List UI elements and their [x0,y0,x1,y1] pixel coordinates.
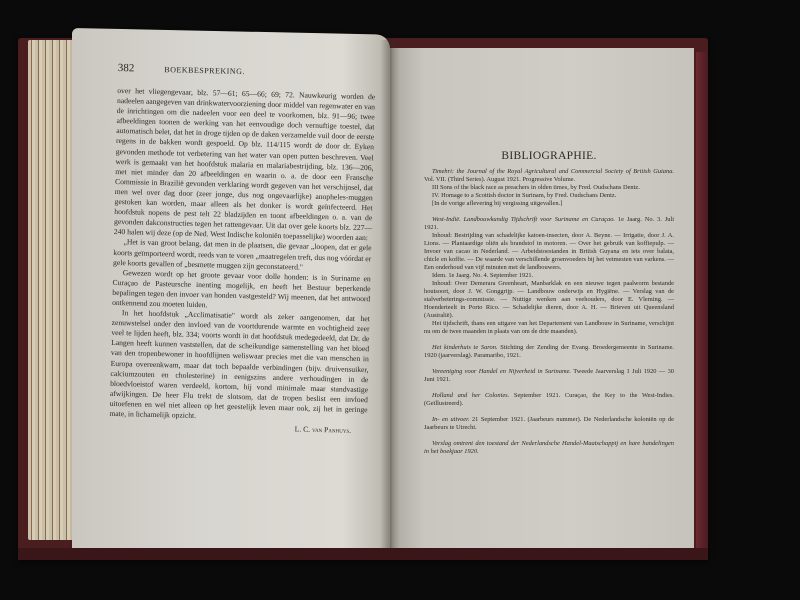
bibliography-heading: BIBLIOGRAPHIE. [424,150,674,162]
entry-title: In- en uitvoer. [432,416,469,423]
bibliography-entry: Timehri: the Journal of the Royal Agricu… [424,168,674,208]
entry-text: III Sons of the black race as preachers … [424,184,674,192]
bibliography-entry: Vereeniging voor Handel en Nijverheid in… [424,368,674,384]
entry-title: Vereeniging voor Handel en Nijverheid in… [432,368,571,375]
bibliography-entry: Verslag omtrent den toestand der Nederla… [424,440,674,456]
bibliography-entry: Het kinderhuis te Saron. Stichting der Z… [424,344,674,360]
page-stack-edge [28,40,78,540]
entry-title: West-Indië. Landbouwkundig Tijdschrift v… [432,216,615,223]
entry-title: Holland and her Colonies. [432,392,509,399]
bibliography-entry: Holland and her Colonies. September 1921… [424,392,674,408]
entry-text: [In de vorige aflevering bij vergissing … [424,200,674,208]
entry-title: Verslag omtrent den toestand der Nederla… [424,440,674,455]
entry-text: Het tijdschrift, thans een uitgave van h… [424,320,674,336]
paragraph: In het hoofdstuk „Acclimatisatie" wordt … [109,308,370,425]
right-page-text: BIBLIOGRAPHIE. Timehri: the Journal of t… [424,150,674,464]
entry-text: Vol. VII. (Third Series). August 1921. P… [424,176,575,183]
running-head-title: BOEKBESPREKING. [164,63,245,77]
left-page-text: 382 BOEKBESPREKING. over het vliegengeva… [109,62,376,435]
entry-text: Inhoud: Bestrijding van schadelijke kato… [424,232,674,272]
book-bottom-edge [18,548,708,560]
entry-title: Het kinderhuis te Saron. [432,344,498,351]
entry-text: IV. Homage to a Scottish doctor in Surin… [424,192,674,200]
bibliography-entry: West-Indië. Landbouwkundig Tijdschrift v… [424,216,674,336]
page-number: 382 [118,62,135,74]
bibliography-entry: In- en uitvoer. 21 September 1921. (Jaar… [424,416,674,432]
paragraph: over het vliegengevaar, blz. 57—61; 65—6… [114,86,376,244]
entry-text: Idem. 1e Jaarg. No. 4. September 1921. [424,272,674,280]
paragraph: Gewezen wordt op het groote gevaar voor … [112,268,371,315]
book-gutter [380,40,400,560]
book-cover-right-edge [696,52,708,557]
entry-title: Timehri: the Journal of the Royal Agricu… [432,168,674,175]
entry-text: Inhoud: Over Demerara Greenheart, Manbar… [424,280,674,320]
